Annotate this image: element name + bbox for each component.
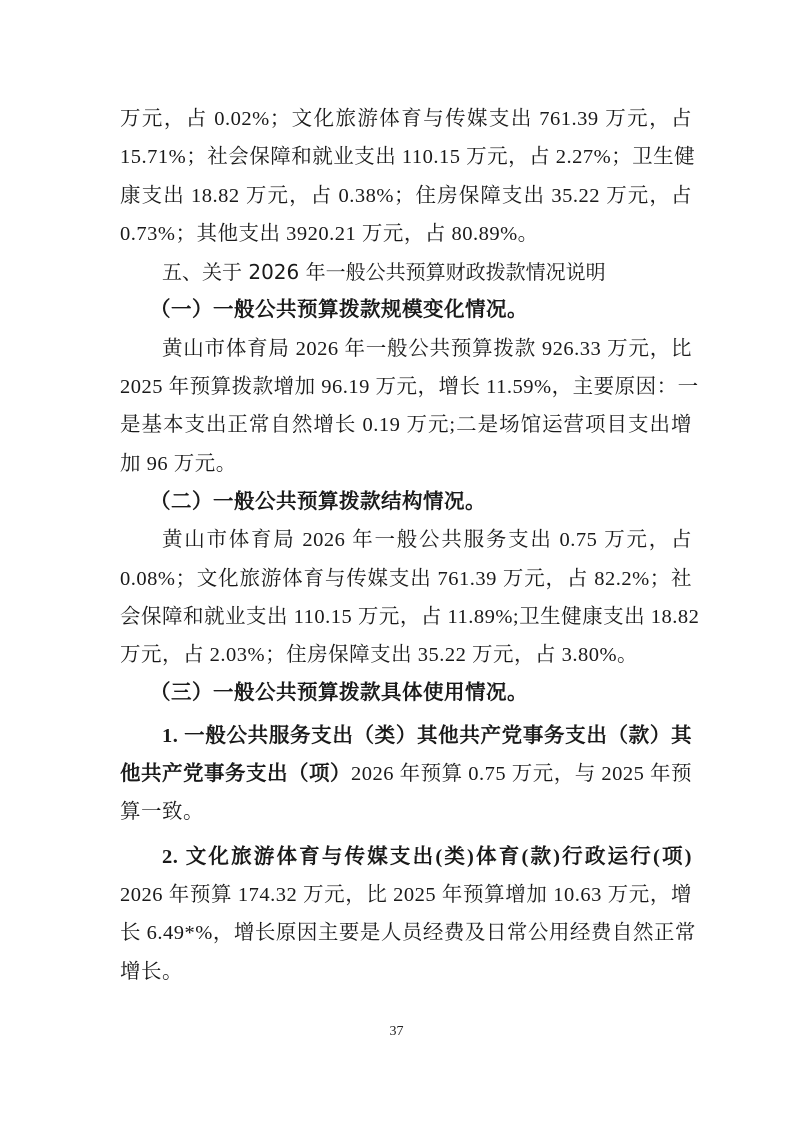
item-2-line: 长 6.49*%，增长原因主要是人员经费及日常公用经费自然正常 bbox=[120, 914, 692, 952]
item-1-line: 1. 一般公共服务支出（类）其他共产党事务支出（款）其 bbox=[120, 717, 692, 755]
section-heading: 五、关于 2026 年一般公共预算财政拨款情况说明 bbox=[120, 253, 692, 291]
text-line: 0.73%；其他支出 3920.21 万元，占 80.89%。 bbox=[120, 215, 692, 253]
item-2-line: 增长。 bbox=[120, 953, 692, 991]
paragraph-line: 会保障和就业支出 110.15 万元，占 11.89%;卫生健康支出 18.82 bbox=[120, 598, 692, 636]
item-1-text: 2026 年预算 0.75 万元，与 2025 年预 bbox=[351, 763, 692, 785]
paragraph-line: 万元，占 2.03%；住房保障支出 35.22 万元，占 3.80%。 bbox=[120, 636, 692, 674]
item-2-line: 2. 文化旅游体育与传媒支出(类)体育(款)行政运行(项) bbox=[120, 838, 692, 876]
subsection-heading-3: （三）一般公共预算拨款具体使用情况。 bbox=[120, 674, 692, 712]
text-line: 康支出 18.82 万元，占 0.38%；住房保障支出 35.22 万元，占 bbox=[120, 177, 692, 215]
paragraph-line: 2025 年预算拨款增加 96.19 万元，增长 11.59%，主要原因：一 bbox=[120, 368, 692, 406]
subsection-heading-1: （一）一般公共预算拨款规模变化情况。 bbox=[120, 291, 692, 329]
item-1-line: 算一致。 bbox=[120, 793, 692, 831]
text-line: 15.71%；社会保障和就业支出 110.15 万元，占 2.27%；卫生健 bbox=[120, 138, 692, 176]
paragraph-line: 加 96 万元。 bbox=[120, 445, 692, 483]
paragraph-line: 黄山市体育局 2026 年一般公共预算拨款 926.33 万元，比 bbox=[120, 330, 692, 368]
subsection-heading-2: （二）一般公共预算拨款结构情况。 bbox=[120, 483, 692, 521]
document-page: 万元，占 0.02%；文化旅游体育与传媒支出 761.39 万元，占 15.71… bbox=[120, 100, 692, 991]
text-line: 万元，占 0.02%；文化旅游体育与传媒支出 761.39 万元，占 bbox=[120, 100, 692, 138]
paragraph-line: 0.08%；文化旅游体育与传媒支出 761.39 万元，占 82.2%；社 bbox=[120, 560, 692, 598]
item-1-bold-text: 他共产党事务支出（项） bbox=[120, 763, 351, 785]
item-1-line: 他共产党事务支出（项）2026 年预算 0.75 万元，与 2025 年预 bbox=[120, 755, 692, 793]
paragraph-line: 黄山市体育局 2026 年一般公共服务支出 0.75 万元，占 bbox=[120, 521, 692, 559]
item-2-line: 2026 年预算 174.32 万元，比 2025 年预算增加 10.63 万元… bbox=[120, 876, 692, 914]
paragraph-line: 是基本支出正常自然增长 0.19 万元;二是场馆运营项目支出增 bbox=[120, 406, 692, 444]
page-number: 37 bbox=[0, 1024, 793, 1040]
